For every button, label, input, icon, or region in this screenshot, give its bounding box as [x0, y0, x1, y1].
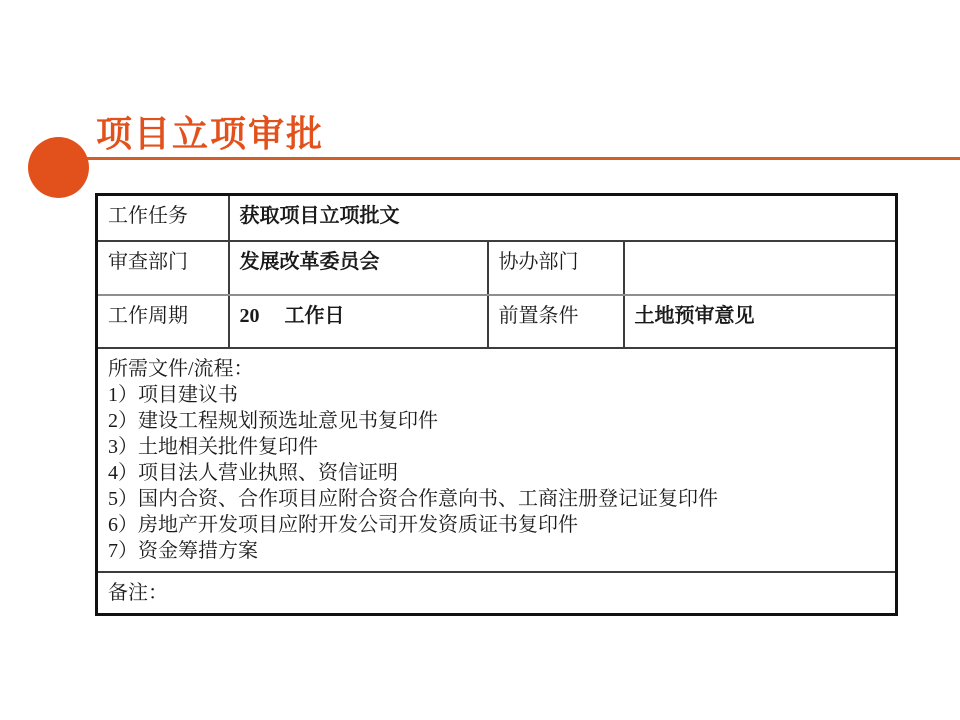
review-dept-value-cell: 发展改革委员会	[229, 241, 488, 295]
title-underline	[62, 157, 960, 160]
documents-cell: 所需文件/流程： 1）项目建议书 2）建设工程规划预选址意见书复印件 3）土地相…	[97, 348, 897, 572]
document-item: 5）国内合资、合作项目应附合资合作意向书、工商注册登记证复印件	[108, 486, 885, 512]
documents-heading: 所需文件/流程：	[108, 356, 885, 382]
orange-circle-decoration	[28, 137, 89, 198]
table-row-departments: 审查部门 发展改革委员会 协办部门	[97, 241, 897, 295]
precondition-value-cell: 土地预审意见	[624, 295, 897, 348]
table-row-cycle: 工作周期 20 工作日 前置条件 土地预审意见	[97, 295, 897, 348]
assist-dept-label-cell: 协办部门	[488, 241, 624, 295]
notes-cell: 备注：	[97, 572, 897, 615]
work-cycle-value-cell: 20 工作日	[229, 295, 488, 348]
page-title: 项目立项审批	[96, 106, 324, 157]
document-item: 4）项目法人营业执照、资信证明	[108, 460, 885, 486]
task-value-cell: 获取项目立项批文	[229, 195, 897, 241]
document-item: 3）土地相关批件复印件	[108, 434, 885, 460]
table-row-task: 工作任务 获取项目立项批文	[97, 195, 897, 241]
assist-dept-value-cell	[624, 241, 897, 295]
work-cycle-label-cell: 工作周期	[97, 295, 229, 348]
table-row-documents: 所需文件/流程： 1）项目建议书 2）建设工程规划预选址意见书复印件 3）土地相…	[97, 348, 897, 572]
table-row-notes: 备注：	[97, 572, 897, 615]
approval-table: 工作任务 获取项目立项批文 审查部门 发展改革委员会 协办部门 工作周期 20 …	[95, 193, 898, 616]
review-dept-label-cell: 审查部门	[97, 241, 229, 295]
task-label-cell: 工作任务	[97, 195, 229, 241]
precondition-label-cell: 前置条件	[488, 295, 624, 348]
document-item: 6）房地产开发项目应附开发公司开发资质证书复印件	[108, 512, 885, 538]
document-item: 7）资金筹措方案	[108, 538, 885, 564]
document-item: 2）建设工程规划预选址意见书复印件	[108, 408, 885, 434]
slide: 项目立项审批 工作任务 获取项目立项批文 审查部门 发展改革委员会 协办部门 工…	[0, 0, 960, 720]
document-item: 1）项目建议书	[108, 382, 885, 408]
